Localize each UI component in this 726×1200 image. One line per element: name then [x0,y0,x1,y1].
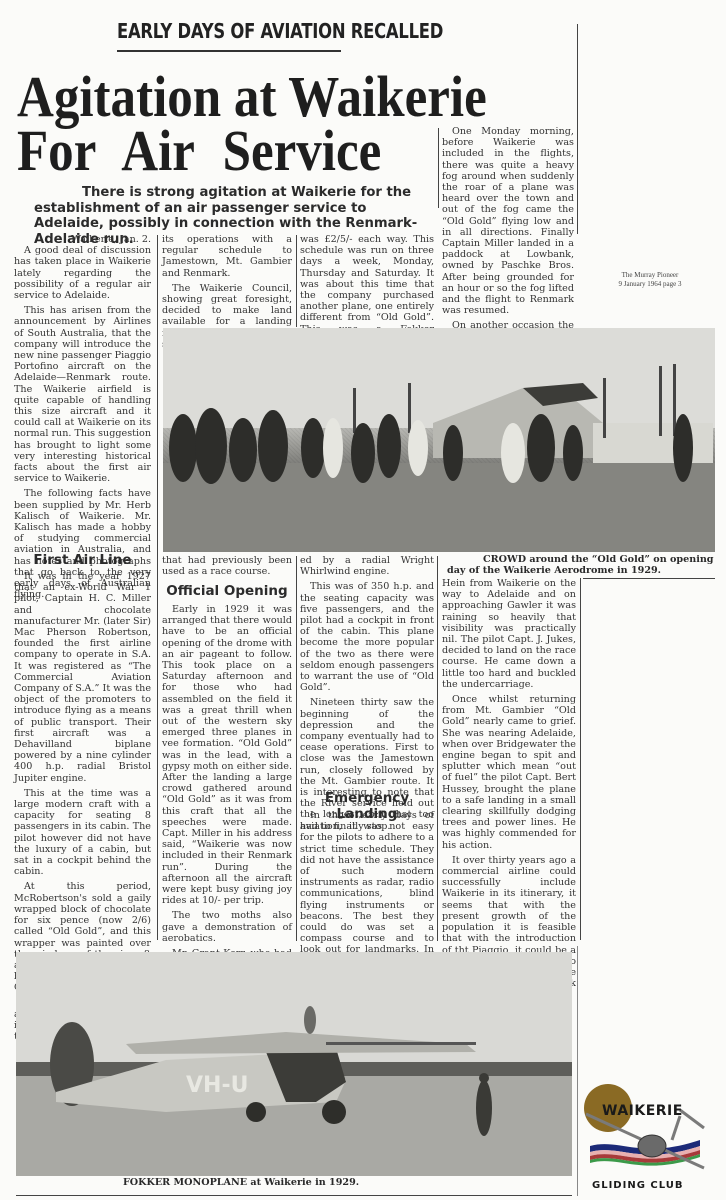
paragraph: This has arisen from the announcement by… [14,305,151,484]
paragraph: A good deal of discussion has taken plac… [14,245,151,301]
subhead-official-opening: Official Opening [162,583,292,599]
caption-rule [583,578,715,579]
paragraph: It was in the year 1927 that an ex-World… [14,571,151,784]
crowd-photo [163,328,715,552]
fokker-photo-illustration: VH-U [16,952,572,1176]
fokker-photo-caption: FOKKER MONOPLANE at Waikerie in 1929. [123,1177,423,1188]
kicker-underline [117,50,341,52]
kicker-heading: EARLY DAYS OF AVIATION RECALLED [117,19,302,43]
logo-graphic [580,1080,710,1192]
paragraph: This at the time was a large modern craf… [14,788,151,878]
column-rule [437,556,438,941]
paragraph: Hein from Waikerie on the way to Adelaid… [442,578,576,690]
paragraph: This was of 350 h.p. and the seating cap… [300,581,434,693]
waikerie-gliding-club-logo: WAIKERIE GLIDING CLUB [580,1080,710,1192]
source-note: The Murray Pioneer 9 January 1964 page 3 [612,271,688,289]
fokker-photo: VH-U [16,952,572,1176]
dateline: Waikerie, Jan. 2. [14,234,151,245]
subhead-first-air-line: First Air Line [14,552,151,568]
column-4-bottom: Hein from Waikerie on the way to Adelaid… [442,578,576,1005]
column-rule [157,235,158,940]
column-2-bottom: that had previously been used as a race … [162,555,292,581]
column-rule [296,235,297,327]
logo-top-text: WAIKERIE [602,1103,683,1119]
publication-name: The Murray Pioneer [612,271,688,280]
headline-line-2: For Air Service [17,122,381,180]
crowd-photo-illustration [163,328,715,552]
column-rule [580,578,581,940]
column-1-top: Waikerie, Jan. 2. A good deal of discuss… [14,234,151,605]
column-rule [438,128,439,208]
paragraph: Once whilst returning from Mt. Gambier “… [442,694,576,851]
column-4-top: One Monday morning, before Waikerie was … [442,126,574,358]
paragraph: that had previously been used as a race … [162,555,292,577]
column-rule [577,24,578,234]
publication-date-page: 9 January 1964 page 3 [612,280,688,289]
aircraft-registration: VH-U [186,1073,248,1098]
crowd-photo-caption: CROWD around the “Old Gold” on opening d… [447,554,715,576]
paragraph: ed by a radial Wright Whirlwind engine. [300,555,434,577]
paragraph: The two moths also gave a demonstration … [162,910,292,944]
column-rule [296,556,297,941]
paragraph: One Monday morning, before Waikerie was … [442,126,574,316]
bottom-rule [16,1195,572,1196]
logo-bottom-text: GLIDING CLUB [592,1180,683,1191]
paragraph: its operations with a regular schedule t… [162,234,292,279]
column-rule [577,946,578,1196]
paragraph: Early in 1929 it was arranged that there… [162,604,292,906]
